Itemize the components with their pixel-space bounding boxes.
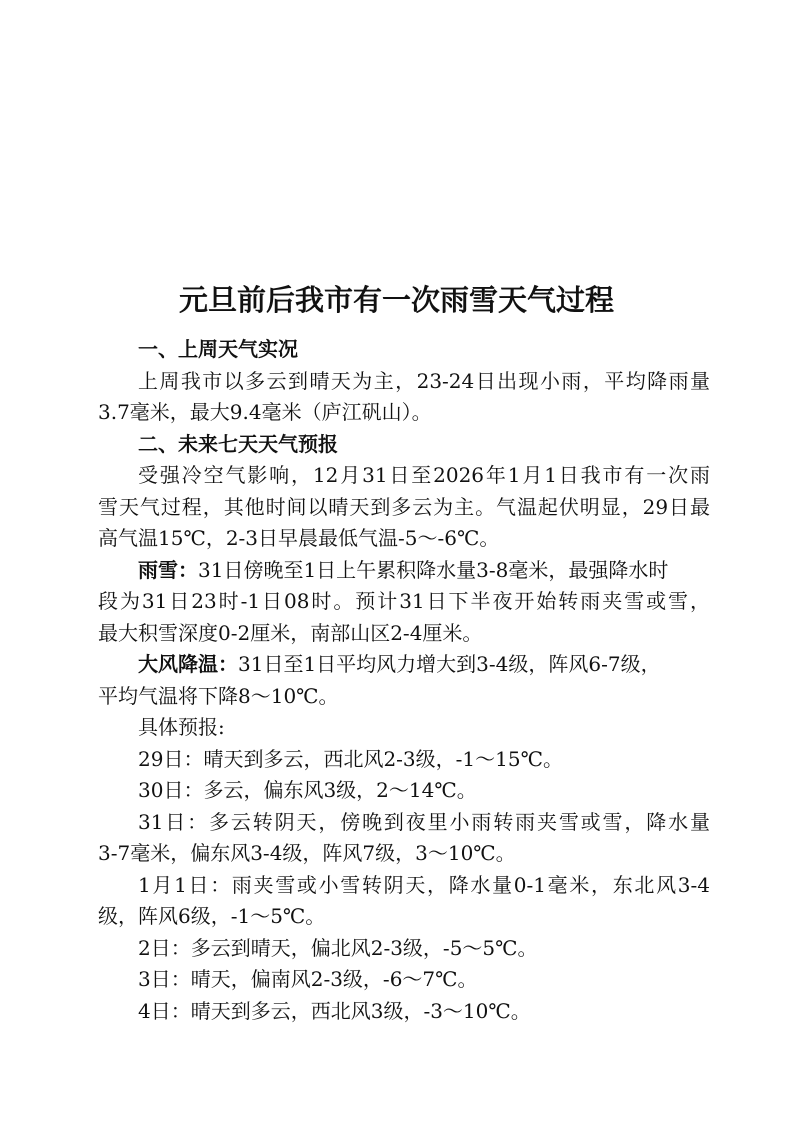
daily-forecast-2: 2日：多云到晴天，偏北风2-3级，-5～5℃。 (98, 933, 710, 965)
paragraph-line: 平均气温将下降8～10℃。 (98, 681, 710, 713)
document-body: 一、上周天气实况 上周我市以多云到晴天为主，23-24日出现小雨，平均降雨量 3… (98, 334, 710, 1027)
paragraph-line: 雪天气过程，其他时间以晴天到多云为主。气温起伏明显，29日最 (98, 492, 710, 524)
paragraph-text: 31日至1日平均风力增大到3-4级，阵风6-7级， (238, 652, 661, 676)
document-title: 元旦前后我市有一次雨雪天气过程 (0, 280, 793, 320)
wind-cooling-paragraph: 大风降温：31日至1日平均风力增大到3-4级，阵风6-7级， (98, 649, 710, 681)
wind-cooling-label: 大风降温： (138, 652, 238, 676)
daily-forecast-jan1: 1月1日：雨夹雪或小雪转阴天，降水量0-1毫米，东北风3-4 (98, 870, 710, 902)
paragraph-line: 受强冷空气影响，12月31日至2026年1月1日我市有一次雨 (98, 460, 710, 492)
paragraph-text: 31日傍晚至1日上午累积降水量3-8毫米，最强降水时 (198, 558, 668, 582)
paragraph-line: 3.7毫米，最大9.4毫米（庐江矾山）。 (98, 397, 710, 429)
detail-forecast-label: 具体预报: (98, 712, 710, 744)
daily-forecast-31-cont: 3-7毫米，偏东风3-4级，阵风7级，3～10℃。 (98, 838, 710, 870)
rain-snow-label: 雨雪： (138, 558, 198, 582)
daily-forecast-3: 3日：晴天，偏南风2-3级，-6～7℃。 (98, 964, 710, 996)
paragraph-line: 最大积雪深度0-2厘米，南部山区2-4厘米。 (98, 618, 710, 650)
paragraph-line: 上周我市以多云到晴天为主，23-24日出现小雨，平均降雨量 (98, 366, 710, 398)
daily-forecast-31: 31日：多云转阴天，傍晚到夜里小雨转雨夹雪或雪，降水量 (98, 807, 710, 839)
daily-forecast-jan1-cont: 级，阵风6级，-1～5℃。 (98, 901, 710, 933)
paragraph-line: 高气温15℃，2-3日早晨最低气温-5～-6℃。 (98, 523, 710, 555)
paragraph-line: 段为31日23时-1日08时。预计31日下半夜开始转雨夹雪或雪， (98, 586, 710, 618)
daily-forecast-4: 4日：晴天到多云，西北风3级，-3～10℃。 (98, 996, 710, 1028)
daily-forecast-30: 30日：多云，偏东风3级，2～14℃。 (98, 775, 710, 807)
document-page: 元旦前后我市有一次雨雪天气过程 一、上周天气实况 上周我市以多云到晴天为主，23… (0, 0, 793, 1122)
daily-forecast-29: 29日：晴天到多云，西北风2-3级，-1～15℃。 (98, 744, 710, 776)
section-heading-forecast: 二、未来七天天气预报 (98, 429, 710, 461)
section-heading-last-week: 一、上周天气实况 (98, 334, 710, 366)
rain-snow-paragraph: 雨雪：31日傍晚至1日上午累积降水量3-8毫米，最强降水时 (98, 555, 710, 587)
